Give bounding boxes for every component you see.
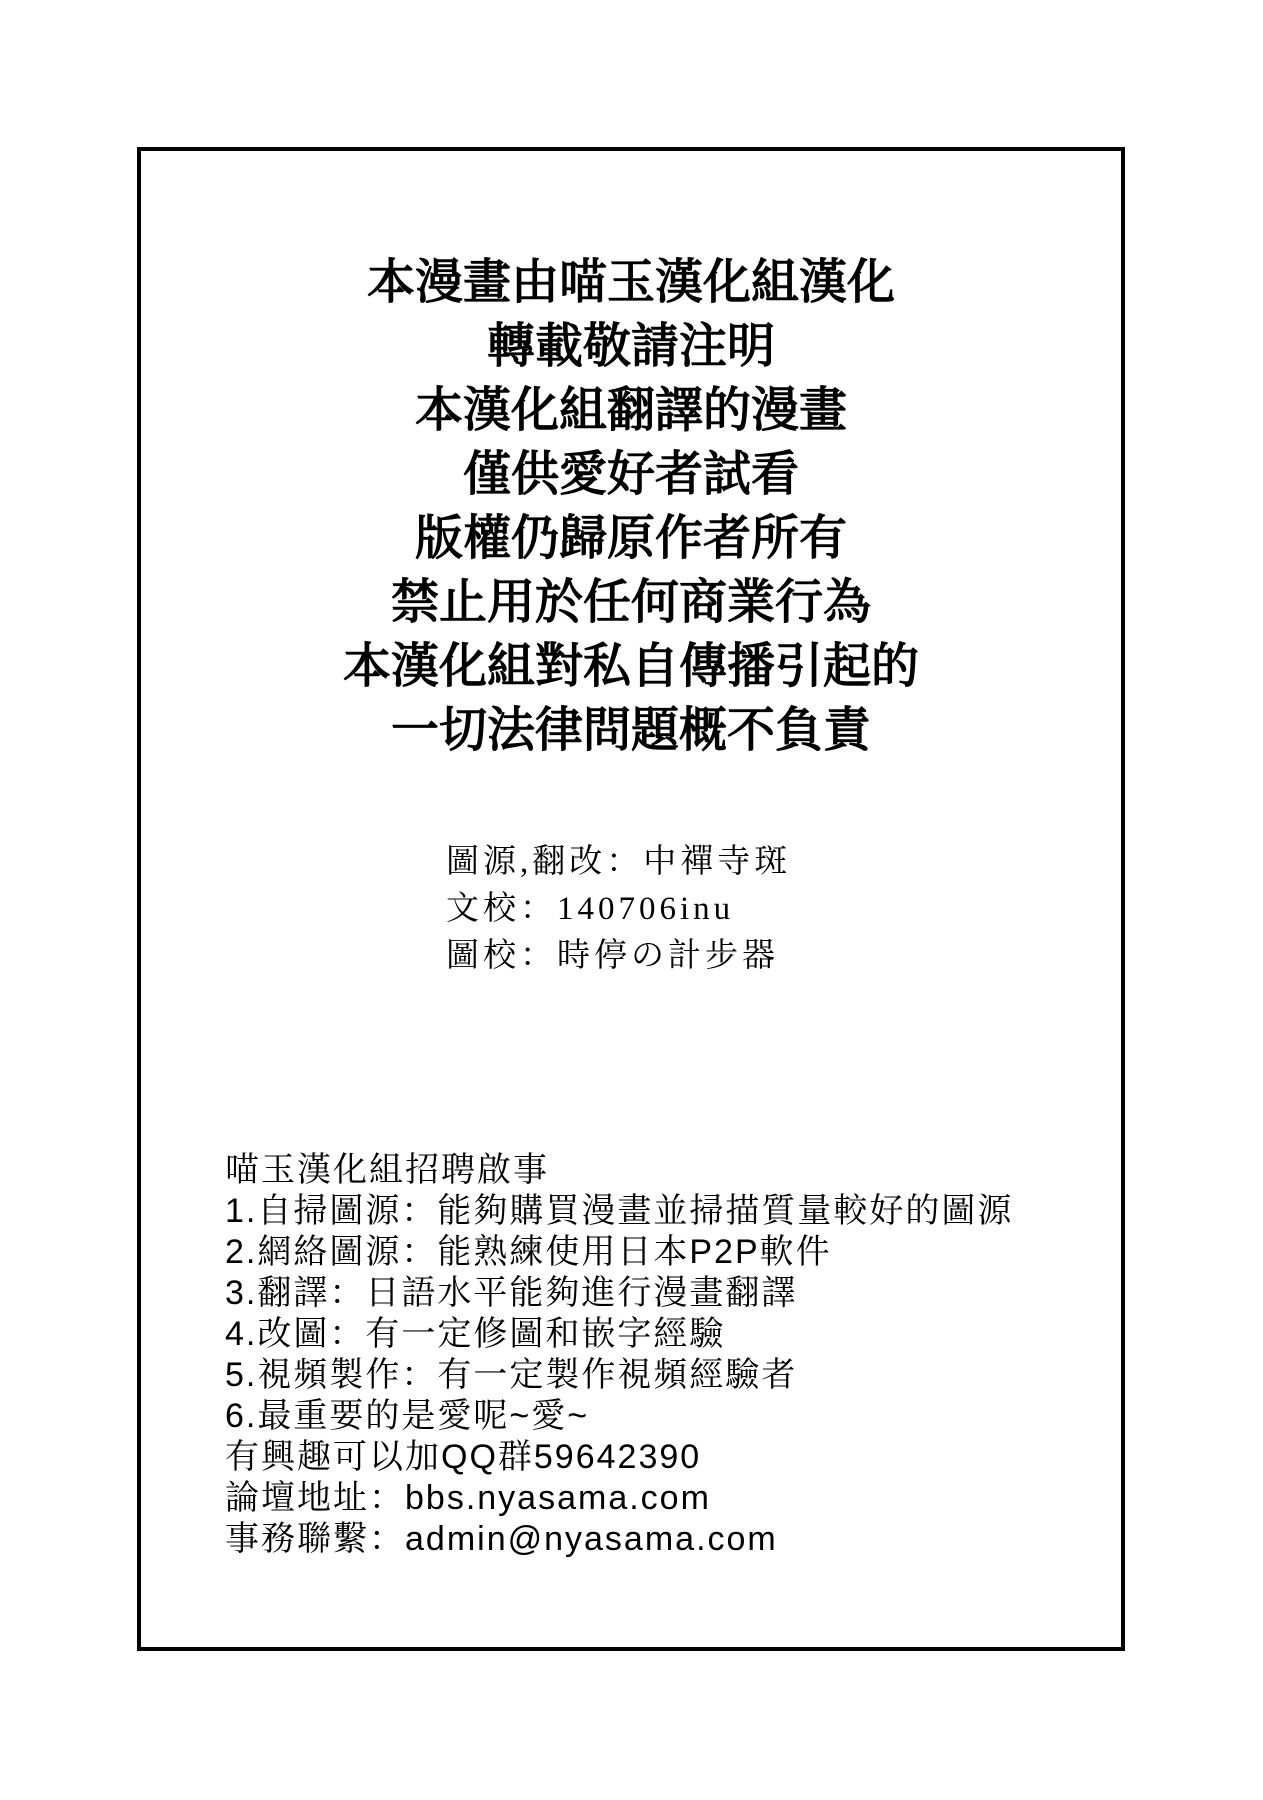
disclaimer-line: 版權仍歸原作者所有 bbox=[141, 507, 1121, 571]
disclaimer-line: 本漫畫由喵玉漢化組漢化 bbox=[141, 251, 1121, 315]
disclaimer-line: 轉載敬請注明 bbox=[141, 315, 1121, 379]
credits-block: 圖源,翻改：中禪寺斑 文校：140706inu 圖校：時停の計步器 bbox=[446, 839, 791, 980]
recruitment-item: 5.視頻製作：有一定製作視頻經驗者 bbox=[225, 1355, 1013, 1396]
contact-qq-line: 有興趣可以加QQ群59642390 bbox=[225, 1437, 1013, 1478]
scanlation-credits-page: 本漫畫由喵玉漢化組漢化 轉載敬請注明 本漢化組翻譯的漫畫 僅供愛好者試看 版權仍… bbox=[0, 0, 1263, 1800]
disclaimer-line: 本漢化組對私自傳播引起的 bbox=[141, 635, 1121, 699]
recruitment-title: 喵玉漢化組招聘啟事 bbox=[225, 1150, 1013, 1191]
credit-line-image-proofread: 圖校：時停の計步器 bbox=[446, 933, 791, 980]
recruitment-item: 3.翻譯：日語水平能夠進行漫畫翻譯 bbox=[225, 1273, 1013, 1314]
disclaimer-line: 僅供愛好者試看 bbox=[141, 443, 1121, 507]
recruitment-block: 喵玉漢化組招聘啟事 1.自掃圖源：能夠購買漫畫並掃描質量較好的圖源 2.網絡圖源… bbox=[225, 1150, 1013, 1560]
contact-email-line: 事務聯繫：admin@nyasama.com bbox=[225, 1519, 1013, 1560]
recruitment-item: 4.改圖：有一定修圖和嵌字經驗 bbox=[225, 1314, 1013, 1355]
recruitment-item: 1.自掃圖源：能夠購買漫畫並掃描質量較好的圖源 bbox=[225, 1191, 1013, 1232]
disclaimer-block: 本漫畫由喵玉漢化組漢化 轉載敬請注明 本漢化組翻譯的漫畫 僅供愛好者試看 版權仍… bbox=[141, 251, 1121, 763]
disclaimer-line: 本漢化組翻譯的漫畫 bbox=[141, 379, 1121, 443]
recruitment-item: 6.最重要的是愛呢~愛~ bbox=[225, 1396, 1013, 1437]
disclaimer-line: 禁止用於任何商業行為 bbox=[141, 571, 1121, 635]
border-frame: 本漫畫由喵玉漢化組漢化 轉載敬請注明 本漢化組翻譯的漫畫 僅供愛好者試看 版權仍… bbox=[137, 147, 1125, 1651]
disclaimer-line: 一切法律問題概不負責 bbox=[141, 699, 1121, 763]
recruitment-item: 2.網絡圖源：能熟練使用日本P2P軟件 bbox=[225, 1232, 1013, 1273]
credit-line-source-redraw: 圖源,翻改：中禪寺斑 bbox=[446, 839, 791, 886]
credit-line-text-proofread: 文校：140706inu bbox=[446, 886, 791, 933]
forum-address-line: 論壇地址：bbs.nyasama.com bbox=[225, 1478, 1013, 1519]
